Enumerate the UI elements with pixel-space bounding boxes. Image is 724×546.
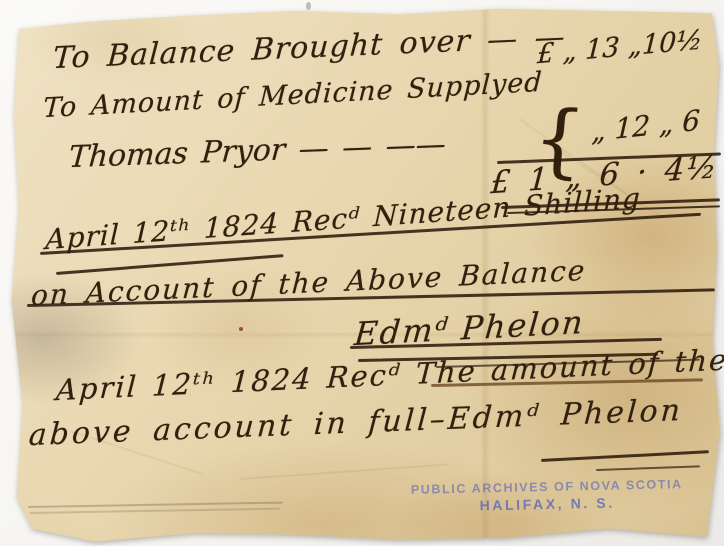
edge-mark [306, 2, 311, 10]
ink-speck [239, 327, 243, 331]
ink-speck [256, 30, 259, 33]
archive-stamp: PUBLIC ARCHIVES OF NOVA SCOTIA HALIFAX, … [394, 477, 701, 515]
document-scan: To Balance Brought over — — £ „ 13 „10½ … [0, 0, 724, 546]
